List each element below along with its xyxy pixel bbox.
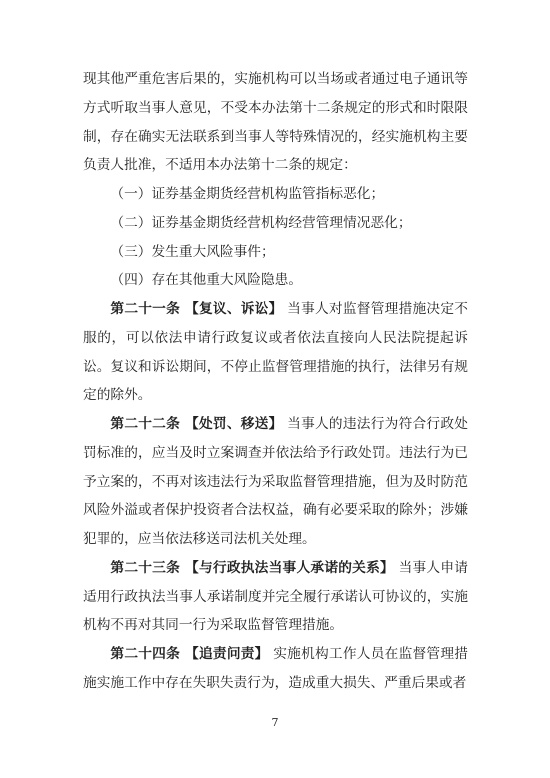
paragraph-text: （二）证券基金期货经营机构经营管理情况恶化；	[110, 215, 411, 231]
page-number: 7	[0, 716, 550, 730]
paragraph-text: 当事人的违法行为符合行政处罚标准的，应当及时立案调查并依法给予行政处罚。违法行为…	[83, 416, 468, 547]
document-page: 现其他严重危害后果的，实施机构可以当场或者通过电子通讯等方式听取当事人意见，不受…	[0, 0, 550, 778]
article-heading: 第二十三条 【与行政执法当事人承诺的关系】	[110, 560, 394, 576]
body-paragraph: （二）证券基金期货经营机构经营管理情况恶化；	[83, 209, 468, 238]
body-paragraph: 第二十二条 【处罚、移送】 当事人的违法行为符合行政处罚标准的，应当及时立案调查…	[83, 410, 468, 554]
paragraph-text: （一）证券基金期货经营机构监管指标恶化；	[110, 186, 384, 202]
body-paragraph: （一）证券基金期货经营机构监管指标恶化；	[83, 180, 468, 209]
paragraph-text: （四）存在其他重大风险隐患。	[110, 272, 302, 288]
body-paragraph: 现其他严重危害后果的，实施机构可以当场或者通过电子通讯等方式听取当事人意见，不受…	[83, 65, 468, 180]
body-paragraph: （四）存在其他重大风险隐患。	[83, 266, 468, 295]
paragraph-text: 现其他严重危害后果的，实施机构可以当场或者通过电子通讯等方式听取当事人意见，不受…	[83, 71, 468, 173]
body-paragraph: （三）发生重大风险事件；	[83, 238, 468, 267]
paragraph-text: （三）发生重大风险事件；	[110, 244, 274, 260]
article-heading: 第二十一条 【复议、诉讼】	[110, 301, 282, 317]
article-heading: 第二十二条 【处罚、移送】	[110, 416, 282, 432]
body-paragraph: 第二十三条 【与行政执法当事人承诺的关系】 当事人申请适用行政执法当事人承诺制度…	[83, 554, 468, 640]
body-paragraph: 第二十一条 【复议、诉讼】 当事人对监督管理措施决定不服的，可以依法申请行政复议…	[83, 295, 468, 410]
body-paragraph: 第二十四条 【追责问责】 实施机构工作人员在监督管理措施实施工作中存在失职失责行…	[83, 640, 468, 698]
document-body: 现其他严重危害后果的，实施机构可以当场或者通过电子通讯等方式听取当事人意见，不受…	[83, 65, 468, 698]
article-heading: 第二十四条 【追责问责】	[110, 646, 268, 662]
